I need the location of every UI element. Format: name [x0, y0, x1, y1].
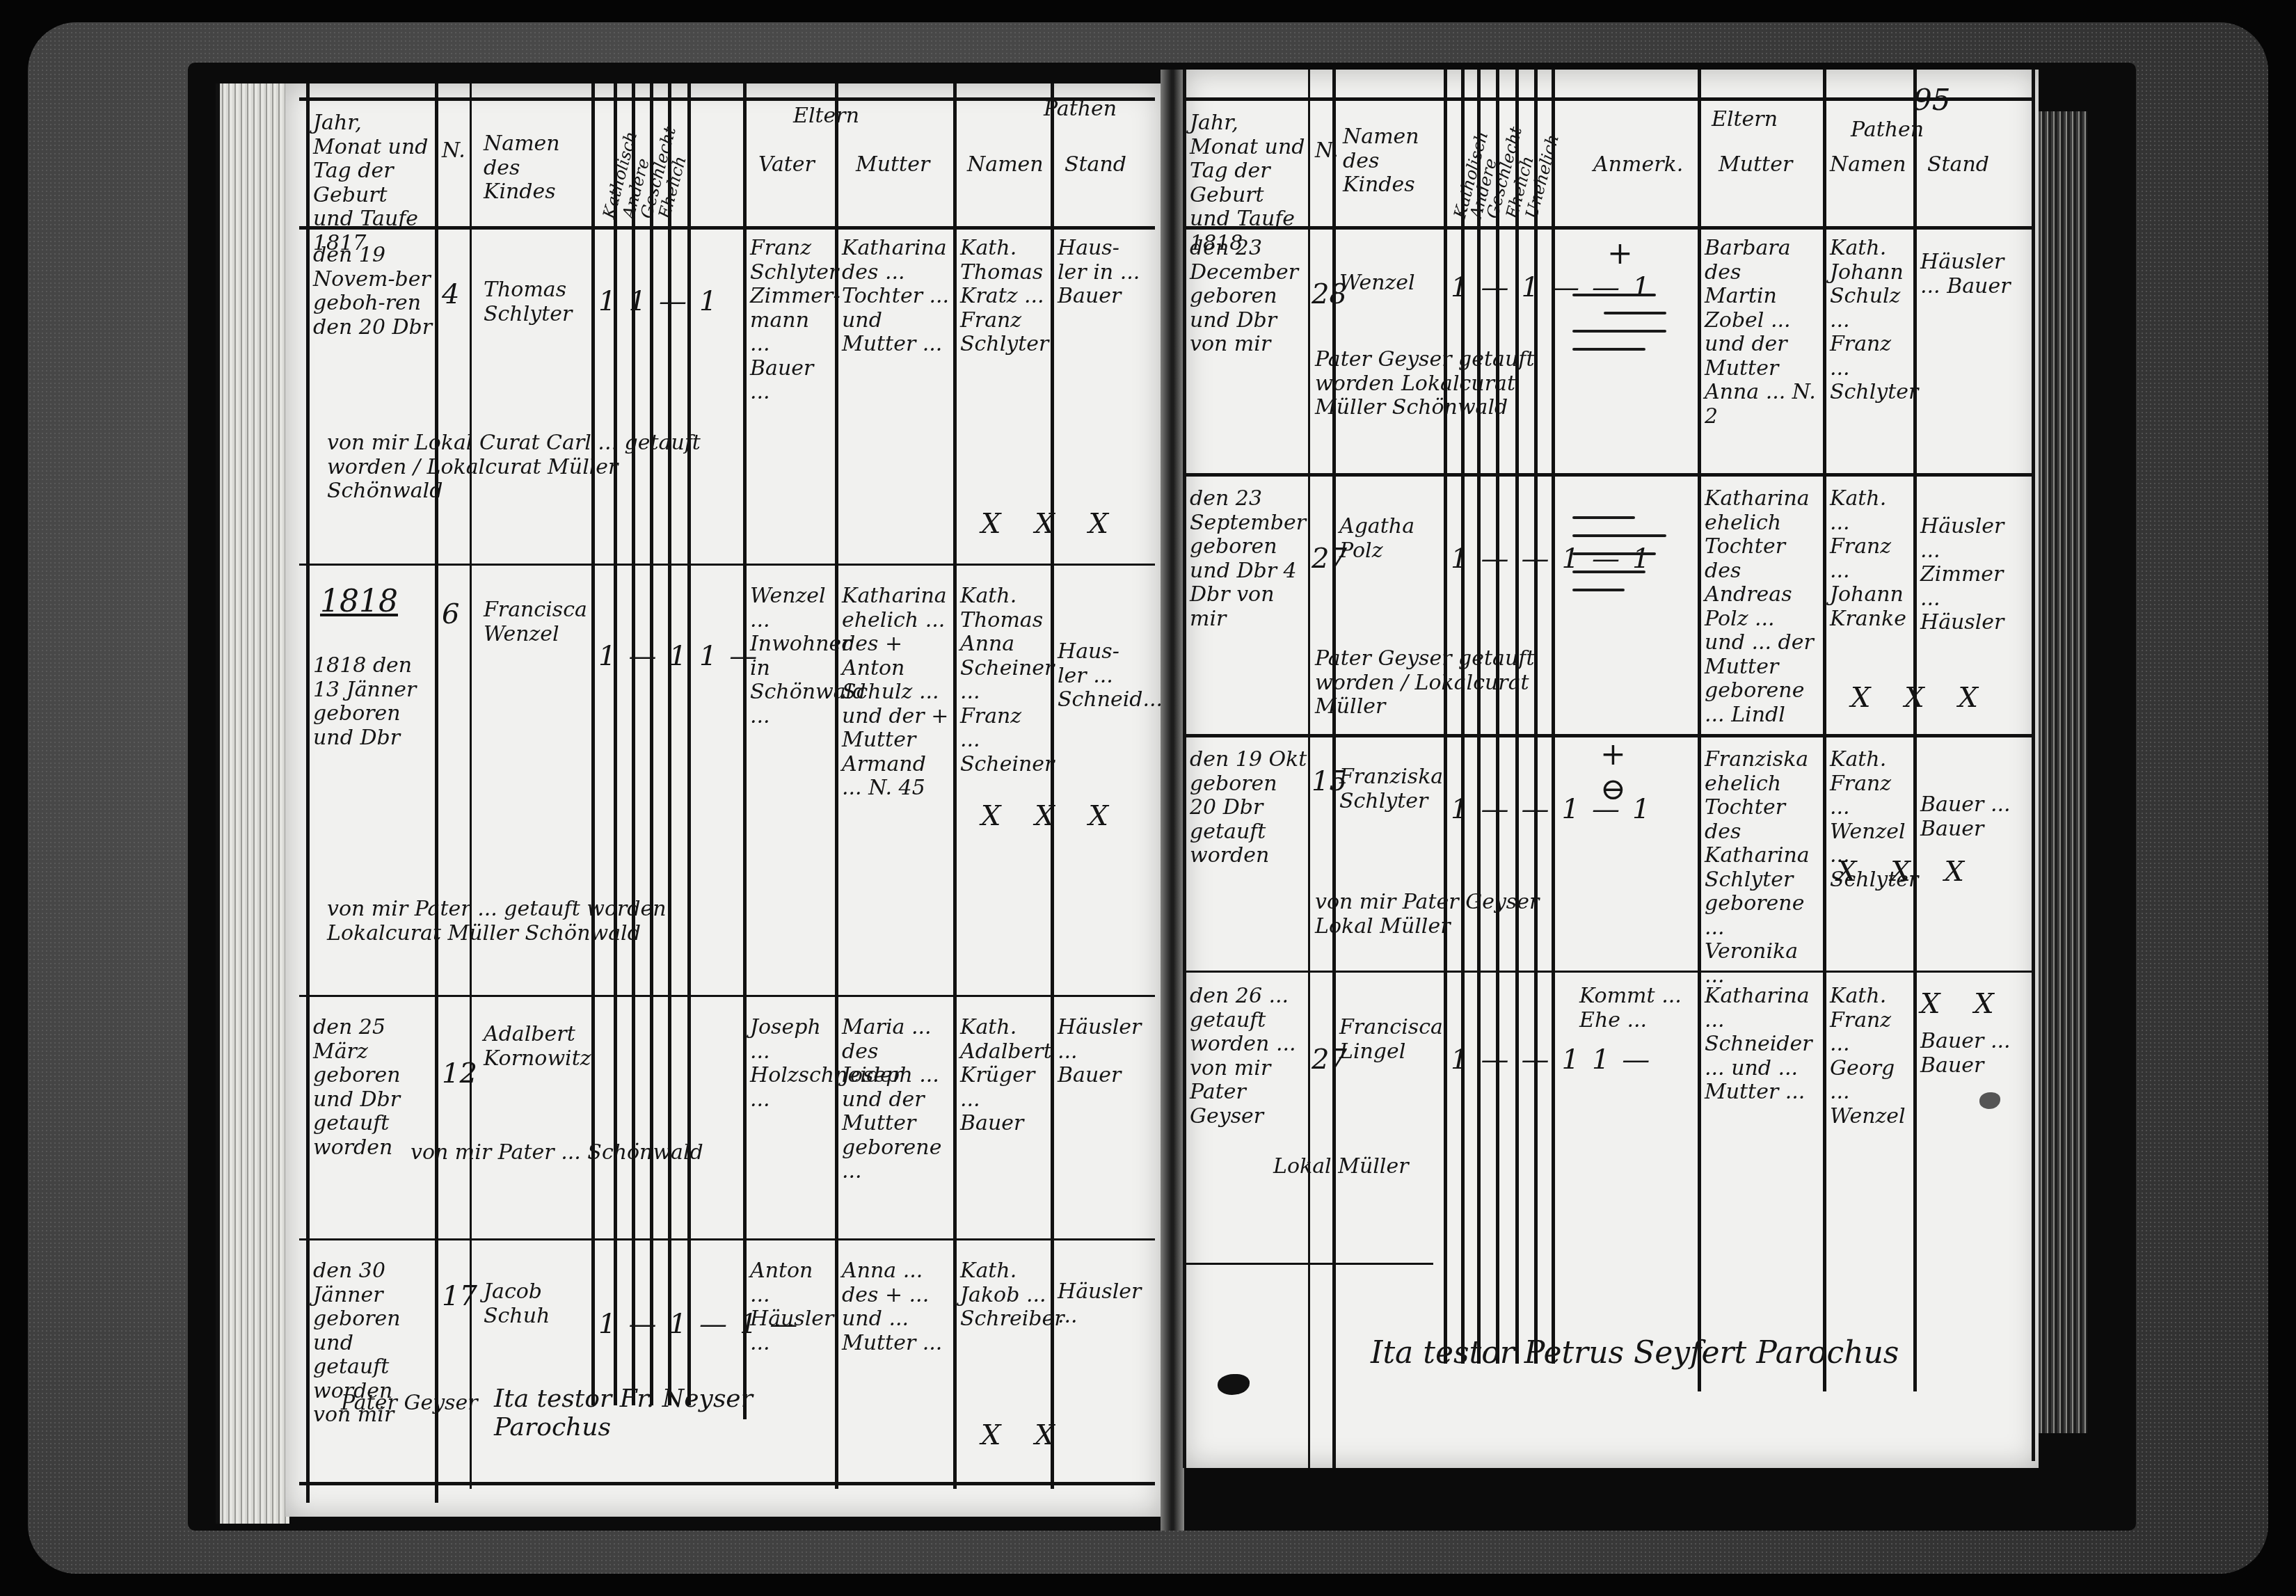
- row1-mother: Katharina des ... Tochter ... und Mutter…: [842, 237, 950, 357]
- row3-sponsor-name: Kath. Adalbert Krüger ... Bauer: [960, 1016, 1047, 1136]
- row3-marks: 1——1—1: [1451, 793, 1662, 825]
- row2-year: 1818: [320, 584, 398, 620]
- rule: [614, 83, 617, 1405]
- row4-date: den 26 ... getauft worden ... von mir Pa…: [1190, 984, 1308, 1128]
- rule: [1308, 70, 1310, 1468]
- row2-note: von mir Pater ... getauft worden Lokalcu…: [327, 897, 689, 945]
- row3-date: den 19 Okt geboren 20 Dbr getauft worden: [1190, 748, 1308, 868]
- row2-sponsor-marks: X X X: [981, 800, 1121, 832]
- row2-marks: 1—11—: [598, 640, 770, 672]
- row3-house-no: 12: [442, 1058, 477, 1090]
- row1-date: den 23 December geboren und Dbr von mir: [1190, 237, 1308, 357]
- header-date: Jahr, Monat und Tag der Geburt und Taufe…: [313, 111, 431, 255]
- row1-marks: 11—1: [598, 285, 729, 317]
- row1-annotation: +: [1607, 237, 1633, 272]
- header-child-name: Namen des Kindes: [1343, 125, 1440, 198]
- header-sponsors: Pathen: [1044, 97, 1117, 122]
- rule: [1051, 83, 1054, 1489]
- header-parents: Eltern: [793, 104, 859, 129]
- row2-dash-marks: [1572, 501, 1677, 607]
- row1-note: von mir Lokal Curat Carl ... getauft wor…: [327, 431, 717, 504]
- right-page-signature: Ita testor Petrus Seyfert Parochus: [1371, 1336, 1997, 1371]
- header-sponsor-status: Stand: [1065, 153, 1126, 177]
- row2-house-no: 6: [442, 598, 459, 630]
- row3-child: Adalbert Kornowitz: [484, 1023, 588, 1071]
- rule: [953, 83, 957, 1489]
- row1-note: Pater Geyser getauft worden Lokalcurat M…: [1315, 348, 1552, 420]
- rule: [1183, 70, 1186, 1468]
- row4-sponsor-name: Kath. Jakob ... Schreiber: [960, 1259, 1047, 1332]
- rule: [306, 83, 310, 1503]
- row2-father: Wenzel ... Inwohner in Schönwald ...: [750, 584, 834, 728]
- row3-annotation: +: [1600, 737, 1626, 773]
- row4-sponsor-status: Häusler ...: [1058, 1280, 1145, 1328]
- row1-sponsor-status: Haus-ler in ... Bauer: [1058, 237, 1145, 309]
- row4-annotation: Kommt ... Ehe ...: [1579, 984, 1691, 1032]
- left-page: Jahr, Monat und Tag der Geburt und Taufe…: [285, 83, 1162, 1517]
- row3-sponsor-status: Bauer ... Bauer: [1920, 793, 2025, 841]
- rule: [470, 83, 472, 1489]
- row1-mother: Barbara des Martin Zobel ... und der Mut…: [1705, 237, 1819, 429]
- row1-child: Wenzel: [1339, 271, 1440, 296]
- row2-mother: Katharina ehelich ... des + Anton Schulz…: [842, 584, 950, 801]
- row2-date: 1818 den 13 Jänner geboren und Dbr: [313, 654, 435, 750]
- row3-child: Franziska Schlyter: [1339, 765, 1440, 813]
- row2-sponsor-status: Haus-ler ... Schneid...: [1058, 640, 1145, 712]
- rule: [1183, 226, 2032, 230]
- page-edges-left: [216, 83, 289, 1524]
- rule: [632, 83, 635, 1405]
- header-child-name: Namen des Kindes: [484, 132, 588, 205]
- row2-sponsor-name: Kath. ... Franz ... Johann Kranke: [1830, 487, 1910, 631]
- row2-sponsor-name: Kath. Thomas Anna Scheiner ... Franz ...…: [960, 584, 1047, 776]
- row1-child: Thomas Schlyter: [484, 278, 588, 326]
- row4-house-no: 17: [442, 1280, 477, 1312]
- right-page: 95 Jahr, Monat und Tag der Geburt und Ta…: [1183, 70, 2039, 1468]
- rule: [2032, 70, 2035, 1461]
- row3-date: den 25 März geboren und Dbr getauft word…: [313, 1016, 435, 1160]
- header-mother: Mutter: [856, 153, 930, 177]
- header-sponsor-name: Namen: [967, 153, 1044, 177]
- rule: [299, 1238, 1155, 1240]
- row3-sponsor-status: Häusler ... Bauer: [1058, 1016, 1145, 1088]
- rule: [1183, 473, 2032, 477]
- row1-dash-marks: [1572, 278, 1677, 366]
- row4-mother: Anna ... des + ... und ... Mutter ...: [842, 1259, 950, 1355]
- row2-sponsor-status: Häusler ... Zimmer ... Häusler: [1920, 515, 2025, 635]
- row3-sponsor-marks: X X X: [1837, 856, 1977, 888]
- row3-mother: Franziska ehelich Tochter des Katharina …: [1705, 748, 1819, 988]
- row2-child: Agatha Polz: [1339, 515, 1440, 563]
- header-sponsor-status: Stand: [1927, 153, 1989, 177]
- row2-mother: Katharina ehelich Tochter des Andreas Po…: [1705, 487, 1819, 727]
- header-sponsors: Pathen: [1851, 118, 1924, 143]
- rule: [1183, 97, 2032, 101]
- header-house-no: N.: [442, 139, 465, 163]
- row1-sponsor-marks: X X X: [981, 508, 1121, 540]
- rule: [299, 1482, 1155, 1485]
- header-father: Vater: [758, 153, 815, 177]
- row1-sponsor-name: Kath. Thomas Kratz ... Franz Schlyter: [960, 237, 1047, 357]
- row2-sponsor-marks: X X X: [1851, 682, 1991, 714]
- rule: [299, 995, 1155, 997]
- row3-note: von mir Pater Geyser Lokal Müller: [1315, 891, 1552, 939]
- rule: [435, 83, 438, 1503]
- row1-sponsor-name: Kath. Johann Schulz ... Franz ... Schlyt…: [1830, 237, 1910, 405]
- row4-marks: 1——11—: [1451, 1044, 1662, 1076]
- row3-annotation-circle: ⊖: [1600, 772, 1626, 808]
- header-parents: Eltern: [1712, 108, 1778, 132]
- rule: [1698, 70, 1701, 1391]
- rule: [650, 83, 653, 1405]
- row2-child: Francisca Wenzel: [484, 598, 588, 646]
- row4-sponsor-status: Bauer ... Bauer: [1920, 1030, 2025, 1078]
- row4-father: Anton ... Häusler ...: [750, 1259, 834, 1355]
- header-mother: Mutter: [1719, 153, 1792, 177]
- row4-child: Jacob Schuh: [484, 1280, 588, 1328]
- row3-note: von mir Pater ... Schönwald: [410, 1141, 717, 1165]
- header-house-no: N.: [1315, 139, 1339, 163]
- row4-note: Lokal Müller: [1273, 1155, 1510, 1179]
- rule: [1823, 70, 1826, 1391]
- row4-sponsor-marks: X X: [1920, 988, 2007, 1020]
- rule: [299, 97, 1155, 101]
- book-gutter: [1161, 70, 1184, 1531]
- row2-date: den 23 September geboren und Dbr 4 Dbr v…: [1190, 487, 1308, 631]
- header-sponsor-name: Namen: [1830, 153, 1906, 177]
- row4-child: Francisca Lingel: [1339, 1016, 1440, 1064]
- rule: [687, 83, 691, 1405]
- rule: [743, 83, 747, 1419]
- row4-sponsor-marks: X X: [981, 1419, 1067, 1451]
- rule: [668, 83, 671, 1405]
- page-edges-right: [2039, 111, 2087, 1433]
- row4-mother: Katharina ... Schneider ... und ... Mutt…: [1705, 984, 1819, 1105]
- rule: [299, 564, 1155, 566]
- row3-mother: Maria ... des Joseph ... und der Mutter …: [842, 1016, 950, 1184]
- left-page-signature: Ita testor Fr. Neyser Parochus: [494, 1384, 786, 1442]
- row4-sponsor-name: Kath. Franz ... Georg ... Wenzel: [1830, 984, 1910, 1128]
- header-notes: Anmerk.: [1593, 153, 1683, 177]
- row1-father: Franz Schlyter Zimmer-mann ... Bauer ...: [750, 237, 834, 405]
- row2-note: Pater Geyser getauft worden / Lokalcurat…: [1315, 647, 1552, 719]
- rule: [1913, 70, 1917, 1391]
- row1-house-no: 4: [442, 278, 459, 310]
- rule: [591, 83, 595, 1405]
- row1-sponsor-status: Häusler ... Bauer: [1920, 250, 2025, 298]
- header-date: Jahr, Monat und Tag der Geburt und Taufe…: [1190, 111, 1308, 255]
- row3-father: Joseph ... Holzschneider ...: [750, 1016, 834, 1112]
- row1-date: den 19 Novem-ber geboh-ren den 20 Dbr: [313, 244, 435, 340]
- rule: [1183, 971, 2032, 973]
- rule: [1552, 70, 1555, 1364]
- row4-note: Pater Geyser: [341, 1391, 480, 1416]
